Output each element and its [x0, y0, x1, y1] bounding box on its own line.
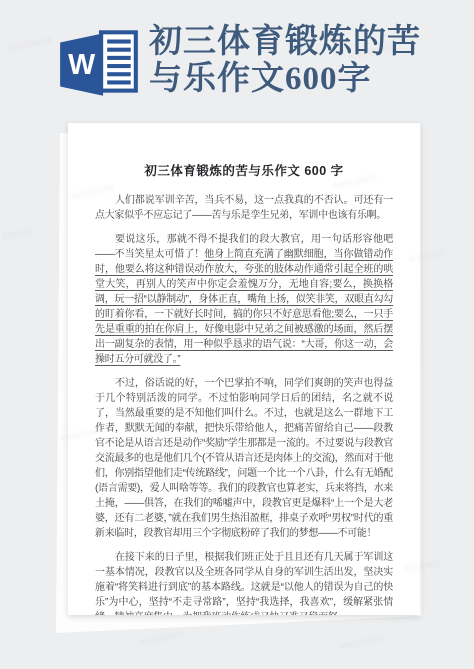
page-title-line1: 初三体育锻炼的苦	[149, 24, 449, 61]
watermark: ●●●●●●	[139, 627, 186, 648]
paragraph-1-text: 人们都说军训辛苦，当兵不易，这一点我真的不否认。可还有一点大家似乎不应忘记了——…	[95, 195, 393, 221]
document-body: 人们都说军训辛苦，当兵不易，这一点我真的不否认。可还有一点大家似乎不应忘记了——…	[95, 193, 393, 615]
document-preview-page[interactable]: 初三体育锻炼的苦与乐作文 600 字 人们都说军训辛苦，当兵不易，这一点我真的不…	[68, 123, 420, 615]
paragraph-3: 不过，俗话说的好，一个巴掌拍不响，同学们爽朗的笑声也得益于几个特别活泼的同学。不…	[95, 376, 393, 541]
ms-word-icon: W	[54, 28, 144, 98]
paragraph-2: 要说这乐，那就不得不提我们的段大教官，用一句话形容他吧——不当笑星太可惜了！他身…	[95, 232, 393, 367]
paragraph-3-text: 不过，俗话说的好，一个巴掌拍不响，同学们爽朗的笑声也得益于几个特别活泼的同学。不…	[95, 378, 393, 539]
page-title-line2: 与乐作文600字	[149, 61, 449, 98]
paragraph-4-text: 在接下来的日子里，根据我们班正处于且且还有几天属于军训这一基本情况，段教官以及全…	[95, 552, 393, 615]
word-w-letter: W	[68, 49, 95, 81]
paragraph-1: 人们都说军训辛苦，当兵不易，这一点我真的不否认。可还有一点大家似乎不应忘记了——…	[95, 193, 393, 223]
watermark: ●●●●●●	[339, 631, 386, 652]
paragraph-4: 在接下来的日子里，根据我们班正处于且且还有几天属于军训这一基本情况，段教官以及全…	[95, 550, 393, 615]
paragraph-2-underlined-text: 他身上简直充满了幽默细胞，当你做错动作时，他要么将这种错误动作放大，夸张的肢体动…	[95, 249, 393, 365]
header: W 初三体育锻炼的苦 与乐作文600字	[0, 0, 474, 118]
page-title: 初三体育锻炼的苦 与乐作文600字	[149, 24, 449, 98]
document-title: 初三体育锻炼的苦与乐作文 600 字	[95, 161, 393, 179]
watermark: ●●●●	[1, 225, 33, 243]
